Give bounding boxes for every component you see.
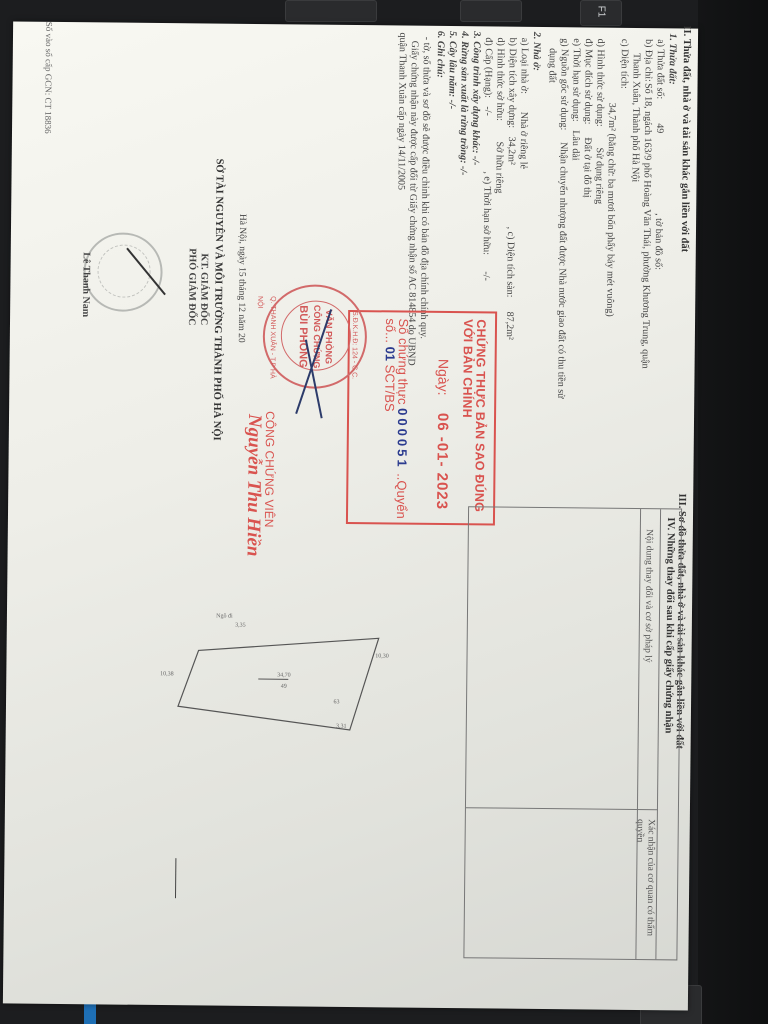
- changes-table: IV. Những thay đổi sau khi cấp giấy chứn…: [463, 506, 682, 960]
- ownership: Sở hữu riêng: [492, 141, 506, 193]
- perennial-trees: 5. Cây lâu năm: -/-: [445, 31, 459, 109]
- origin-line2: dụng đất: [546, 48, 559, 83]
- certificate-content: II. Thửa đất, nhà ở và tài sản khác gắn …: [25, 7, 705, 974]
- house-type: Nhà ở riêng lẻ: [517, 112, 531, 169]
- certification-number-line: Số chứng thực 000051 ..Quyển số... 01 SC…: [382, 318, 410, 522]
- plot-diagram: [77, 607, 399, 790]
- build-area-label: b) Diện tích xây dựng:: [505, 38, 519, 129]
- notary-office-stamp: S.Đ.K.H.Đ: 124 - C.C. Q. THANH XUÂN - T.…: [262, 284, 367, 389]
- notes-heading: 6. Ghi chú:: [434, 31, 447, 78]
- plot-outline: [178, 636, 379, 730]
- stamp-line1: VĂN PHÒNG: [321, 287, 335, 387]
- section4-title: IV. Những thay đổi sau khi cấp giấy chứn…: [662, 517, 677, 733]
- certification-date-label: Ngày:: [436, 359, 449, 396]
- road-label: Ngõ đi: [216, 610, 233, 623]
- neighbor-plot: 63: [333, 696, 339, 709]
- floor-area-label: , c) Diện tích sàn:: [503, 227, 517, 298]
- house-type-label: a) Loại nhà ở:: [517, 38, 531, 94]
- issuing-agency: SỞ TÀI NGUYÊN VÀ MÔI TRƯỜNG THÀNH PHỐ HÀ…: [210, 159, 226, 441]
- agency-seal: [83, 232, 163, 312]
- origin-label: g) Nguồn gốc sử dụng:: [557, 38, 571, 130]
- note-3: quận Thanh Xuân cấp ngày 14/11/2005: [394, 32, 409, 190]
- purpose-label: đ) Mục đích sử dụng:: [581, 38, 595, 124]
- section2-title: II. Thửa đất, nhà ở và tài sản khác gắn …: [678, 25, 693, 252]
- stamp-ring-bottom: Q. THANH XUÂN - T.P HÀ NỘI: [252, 296, 279, 386]
- edge-length: 3,35: [235, 620, 246, 633]
- use-form-label: d) Hình thức sử dụng:: [593, 39, 607, 127]
- stamp-ring-top: S.Đ.K.H.Đ: 124 - C.C.: [347, 311, 361, 379]
- address-label: b) Địa chỉ:: [642, 39, 655, 82]
- plot-number: 49: [281, 681, 287, 694]
- laptop-edge: [698, 0, 768, 1024]
- grade-label: đ) Cấp (Hạng):: [481, 37, 495, 98]
- land-heading: 1. Thửa đất:: [666, 33, 680, 84]
- own-term-label: , e) Thời hạn sở hữu:: [480, 171, 494, 255]
- certification-date: 06 -01- 2023: [435, 413, 449, 510]
- purpose: Đất ở tại đô thị: [580, 137, 594, 197]
- own-term: -/-: [479, 271, 492, 281]
- edge-length: 10,38: [160, 668, 174, 681]
- certification-stamp: CHỨNG THỰC BẢN SAO ĐÚNG VỚI BẢN CHÍNH Ng…: [346, 310, 497, 526]
- certification-number: 000051: [394, 408, 410, 470]
- map-sheet-label: , tờ bản đồ số:: [652, 213, 666, 270]
- ownership-label: d) Hình thức sở hữu:: [493, 37, 507, 120]
- registry-entry: Số vào sổ cấp GCN: CT 18836: [41, 22, 55, 134]
- area-value: 34,7m² (bằng chữ: ba mươi bốn phẩy bảy m…: [603, 103, 618, 317]
- deputy-director: PHÓ GIÁM ĐỐC: [185, 248, 199, 325]
- floor-area: 87,2m²: [503, 312, 516, 340]
- stamp-line3: BÙI PHONG: [295, 286, 309, 386]
- book-suffix: SCT/BS: [382, 365, 397, 412]
- edge-length: 10,30: [375, 651, 389, 664]
- background-object: [84, 1004, 96, 1024]
- origin-line1: Nhận chuyển nhượng đất được Nhà nước gia…: [554, 142, 570, 398]
- book-number: 01: [383, 347, 398, 362]
- build-area: 34,2m²: [505, 137, 518, 165]
- edge-length: 3,31: [336, 721, 347, 734]
- signer-name: Lê Thanh Nam: [79, 252, 93, 317]
- plot-no: 49: [653, 123, 666, 133]
- use-form: Sử dụng riêng: [592, 148, 606, 205]
- for-director: KT. GIÁM ĐỐC: [197, 253, 211, 325]
- grade: -/-: [481, 106, 494, 116]
- north-arrow-icon: [175, 858, 176, 898]
- certificate-page: II. Thửa đất, nhà ở và tài sản khác gắn …: [3, 21, 698, 1010]
- term-label: e) Thời hạn sử dụng:: [569, 38, 583, 121]
- notary-name: Nguyễn Thu Hiền: [247, 414, 261, 557]
- column-changes: Nội dung thay đổi và cơ sở pháp lý: [640, 529, 654, 663]
- signing-date: Hà Nội, ngày 15 tháng 12 năm 20: [234, 214, 248, 343]
- term: Lâu dài: [569, 130, 582, 160]
- plot-area: 34,70: [277, 669, 291, 682]
- plot-no-label: a) Thửa đất số:: [653, 39, 667, 99]
- certification-title: CHỨNG THỰC BẢN SAO ĐÚNG VỚI BẢN CHÍNH: [459, 319, 487, 523]
- area-label: c) Diện tích:: [617, 39, 631, 89]
- house-heading: 2. Nhà ở:: [530, 32, 543, 71]
